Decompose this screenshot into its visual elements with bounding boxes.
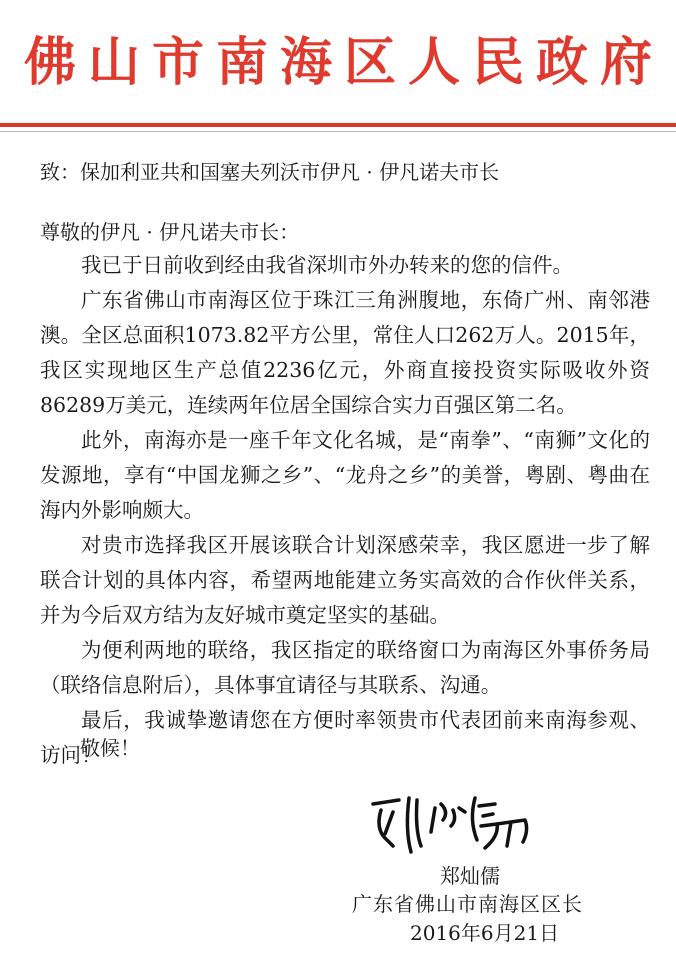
paragraph: 广东省佛山市南海区位于珠江三角洲腹地，东倚广州、南邻港澳。全区总面积1073.8… xyxy=(40,283,650,423)
letterhead: 佛山市南海区人民政府 xyxy=(0,30,676,96)
handwritten-signature-icon xyxy=(365,790,565,860)
paragraph: 此外，南海亦是一座千年文化名城，是“南拳”、“南狮”文化的发源地，享有“中国龙狮… xyxy=(40,423,650,528)
signer-title: 广东省佛山市南海区区长 xyxy=(352,888,583,917)
letterhead-gray-rule xyxy=(0,131,676,132)
letter-body: 我已于日前收到经由我省深圳市外办转来的您的信件。 广东省佛山市南海区位于珠江三角… xyxy=(40,248,650,773)
closing: 敬候！ xyxy=(80,732,140,761)
signature-date: 2016年6月21日 xyxy=(410,917,559,946)
salutation: 尊敬的伊凡 · 伊凡诺夫市长： xyxy=(40,218,299,246)
signer-name: 郑灿儒 xyxy=(440,860,500,889)
paragraph: 我已于日前收到经由我省深圳市外办转来的您的信件。 xyxy=(40,248,650,283)
paragraph: 对贵市选择我区开展该联合计划深感荣幸，我区愿进一步了解联合计划的具体内容，希望两… xyxy=(40,528,650,633)
letterhead-title: 佛山市南海区人民政府 xyxy=(0,30,676,96)
recipient-line: 致：保加利亚共和国塞夫列沃市伊凡 · 伊凡诺夫市长 xyxy=(40,158,499,186)
paragraph: 为便利两地的联络，我区指定的联络窗口为南海区外事侨务局（联络信息附后），具体事宜… xyxy=(40,633,650,703)
letterhead-red-rule xyxy=(0,123,676,127)
